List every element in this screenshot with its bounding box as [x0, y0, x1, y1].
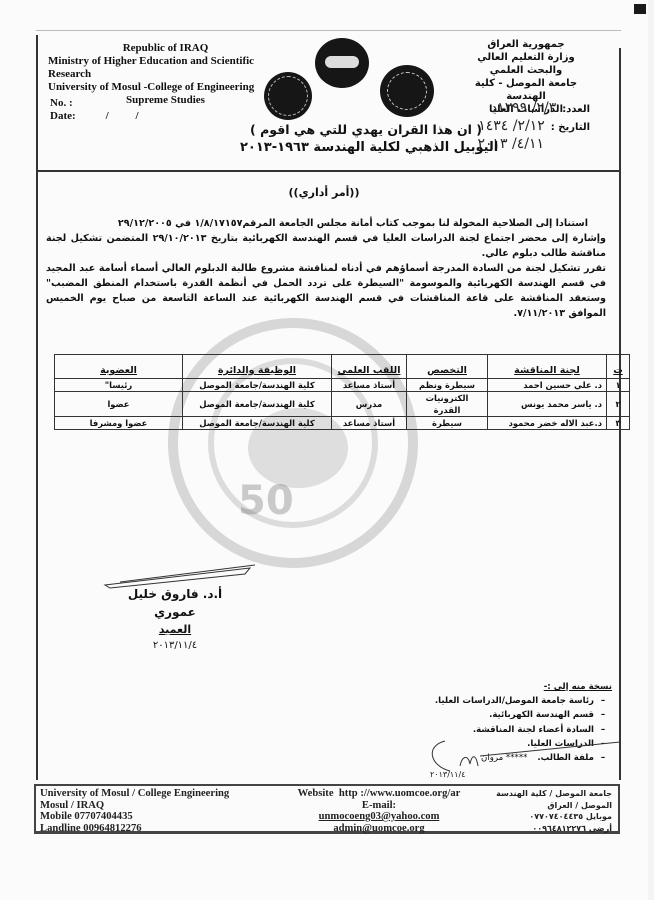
quran-verse: ( ان هذا القران يهدي للتي هي اقوم ) — [250, 122, 482, 137]
college-emblem-icon — [315, 38, 369, 88]
dean-title: العميد — [110, 621, 240, 638]
website-label: Website — [298, 788, 334, 799]
footer-english-address: University of Mosul / College Engineerin… — [40, 788, 229, 834]
committee-table: ت لجنة المناقشة التخصص اللقب العلمي الوظ… — [54, 354, 630, 430]
english-ref-block: No. : Date:/ / — [50, 97, 151, 123]
left-border — [36, 35, 38, 780]
seal-logo-icon — [380, 65, 434, 117]
jubilee-banner: اليوبيل الذهبي لكلية الهندسة ١٩٦٣-٢٠١٣ — [240, 140, 498, 155]
cell-number: ١ — [607, 379, 630, 392]
header-divider — [36, 170, 621, 172]
dean-signature-block: أ.د. فاروق خليل عموري العميد ٢٠١٣/١١/٤ — [110, 585, 240, 653]
col-header-number: ت — [607, 355, 630, 379]
table-row: ٢ د. ياسر محمد يونس الكترونيات القدرة مد… — [55, 392, 630, 417]
english-ministry: Ministry of Higher Education and Scienti… — [48, 55, 283, 81]
body-paragraph-decision: تقرر تشكيل لجنة من السادة المدرجة أسماؤه… — [46, 261, 606, 321]
footer-ar-institution: جامعة الموصل / كلية الهندسة — [472, 788, 612, 800]
table-header-row: ت لجنة المناقشة التخصص اللقب العلمي الوظ… — [55, 355, 630, 379]
col-header-committee: لجنة المناقشة — [488, 355, 607, 379]
document-title: ((أمر أداري)) — [0, 186, 648, 199]
english-country: Republic of IRAQ — [48, 42, 283, 55]
footer-mobile: Mobile 07707404435 — [40, 811, 229, 823]
arabic-country: جمهورية العراق — [470, 38, 582, 51]
cell-membership: عضوا ومشرفا — [55, 417, 183, 430]
copies-heading: نسخة منه إلى :- — [400, 680, 612, 694]
university-logo-icon — [264, 72, 312, 120]
top-rule — [36, 30, 621, 31]
email-link-yahoo[interactable]: unmocoeng03@yahoo.com — [274, 811, 484, 823]
copy-recipient: السادة أعضاء لجنة المناقشة. — [400, 723, 612, 737]
english-no-label: No. : — [50, 97, 151, 110]
copies-date: ٢٠١٣/١١/٤ — [430, 770, 465, 779]
cell-specialty: الكترونيات القدرة — [407, 392, 488, 417]
stamp-number: 50 — [238, 478, 294, 524]
footer-ar-mobile: موبايل ٠٧٧٠٧٤٠٤٤٣٥ — [472, 811, 612, 823]
cell-department: كلية الهندسة/جامعة الموصل — [183, 417, 332, 430]
body-paragraph-reference: وإشارة إلى محضر اجتماع لجنة الدراسات الع… — [46, 231, 606, 261]
table-row: ١ د. علي حسين احمد سيطرة ونظم أستاذ مساع… — [55, 379, 630, 392]
col-header-department: الوظيفة والدائرة — [183, 355, 332, 379]
cell-rank: مدرس — [332, 392, 407, 417]
cell-specialty: سيطرة ونظم — [407, 379, 488, 392]
footer-ar-landline: أرضي ٠٠٩٦٤٨١٢٢٧٦ — [472, 823, 612, 835]
cell-membership: رئيسا" — [55, 379, 183, 392]
arabic-ministry: وزارة التعليم العالي والبحث العلمي — [470, 51, 582, 77]
english-date-label: Date: — [50, 110, 76, 122]
dean-name: أ.د. فاروق خليل عموري — [110, 585, 240, 621]
footer-contact-box: University of Mosul / College Engineerin… — [34, 784, 620, 834]
cell-department: كلية الهندسة/جامعة الموصل — [183, 392, 332, 417]
english-university: University of Mosul -College of Engineer… — [48, 81, 283, 94]
arabic-no-label: العدد: — [562, 104, 590, 115]
footer-landline: Landline 00964812276 — [40, 823, 229, 835]
scan-corner-mark — [634, 4, 646, 14]
signature-date: ٢٠١٣/١١/٤ — [110, 638, 240, 653]
arabic-date-label: التاريخ : — [551, 122, 590, 133]
copy-recipient: قسم الهندسة الكهربائية. — [400, 708, 612, 722]
footer-institution: University of Mosul / College Engineerin… — [40, 788, 229, 800]
cell-membership: عضوا — [55, 392, 183, 417]
col-header-membership: العضوية — [55, 355, 183, 379]
footer-ar-city: الموصل / العراق — [472, 800, 612, 812]
cell-number: ٣ — [607, 417, 630, 430]
col-header-specialty: التخصص — [407, 355, 488, 379]
document-page: Republic of IRAQ Ministry of Higher Educ… — [0, 0, 648, 900]
email-link-admin[interactable]: admin@uomcoe.org — [274, 823, 484, 835]
cell-number: ٢ — [607, 392, 630, 417]
cell-rank: أستاذ مساعد — [332, 417, 407, 430]
cell-name: د. علي حسين احمد — [488, 379, 607, 392]
email-label: E-mail: — [274, 800, 484, 812]
english-date-value: / / — [106, 110, 151, 123]
cell-name: د. ياسر محمد يونس — [488, 392, 607, 417]
document-body: استنادا إلى الصلاحية المخولة لنا بموجب ك… — [46, 216, 606, 321]
arabic-no-value: ٢/٣/ ١٢٩٩د — [491, 100, 556, 116]
footer-arabic-address: جامعة الموصل / كلية الهندسة الموصل / الع… — [472, 788, 612, 834]
body-paragraph-authority: استنادا إلى الصلاحية المخولة لنا بموجب ك… — [46, 216, 606, 231]
cell-rank: أستاذ مساعد — [332, 379, 407, 392]
cell-specialty: سيطرة — [407, 417, 488, 430]
footer-city: Mosul / IRAQ — [40, 800, 229, 812]
copy-recipient: رئاسة جامعة الموصل/الدراسات العليا. — [400, 694, 612, 708]
cell-department: كلية الهندسة/جامعة الموصل — [183, 379, 332, 392]
cell-name: د.عبد الاله خضر محمود — [488, 417, 607, 430]
website-link[interactable]: http ://www.uomcoe.org/ar — [339, 788, 461, 799]
arabic-date-hijri: ٢/١٢/ ١٤٣٤ — [478, 118, 545, 134]
col-header-rank: اللقب العلمي — [332, 355, 407, 379]
footer-web-contact: Website http ://www.uomcoe.org/ar E-mail… — [274, 788, 484, 834]
table-row: ٣ د.عبد الاله خضر محمود سيطرة أستاذ مساع… — [55, 417, 630, 430]
